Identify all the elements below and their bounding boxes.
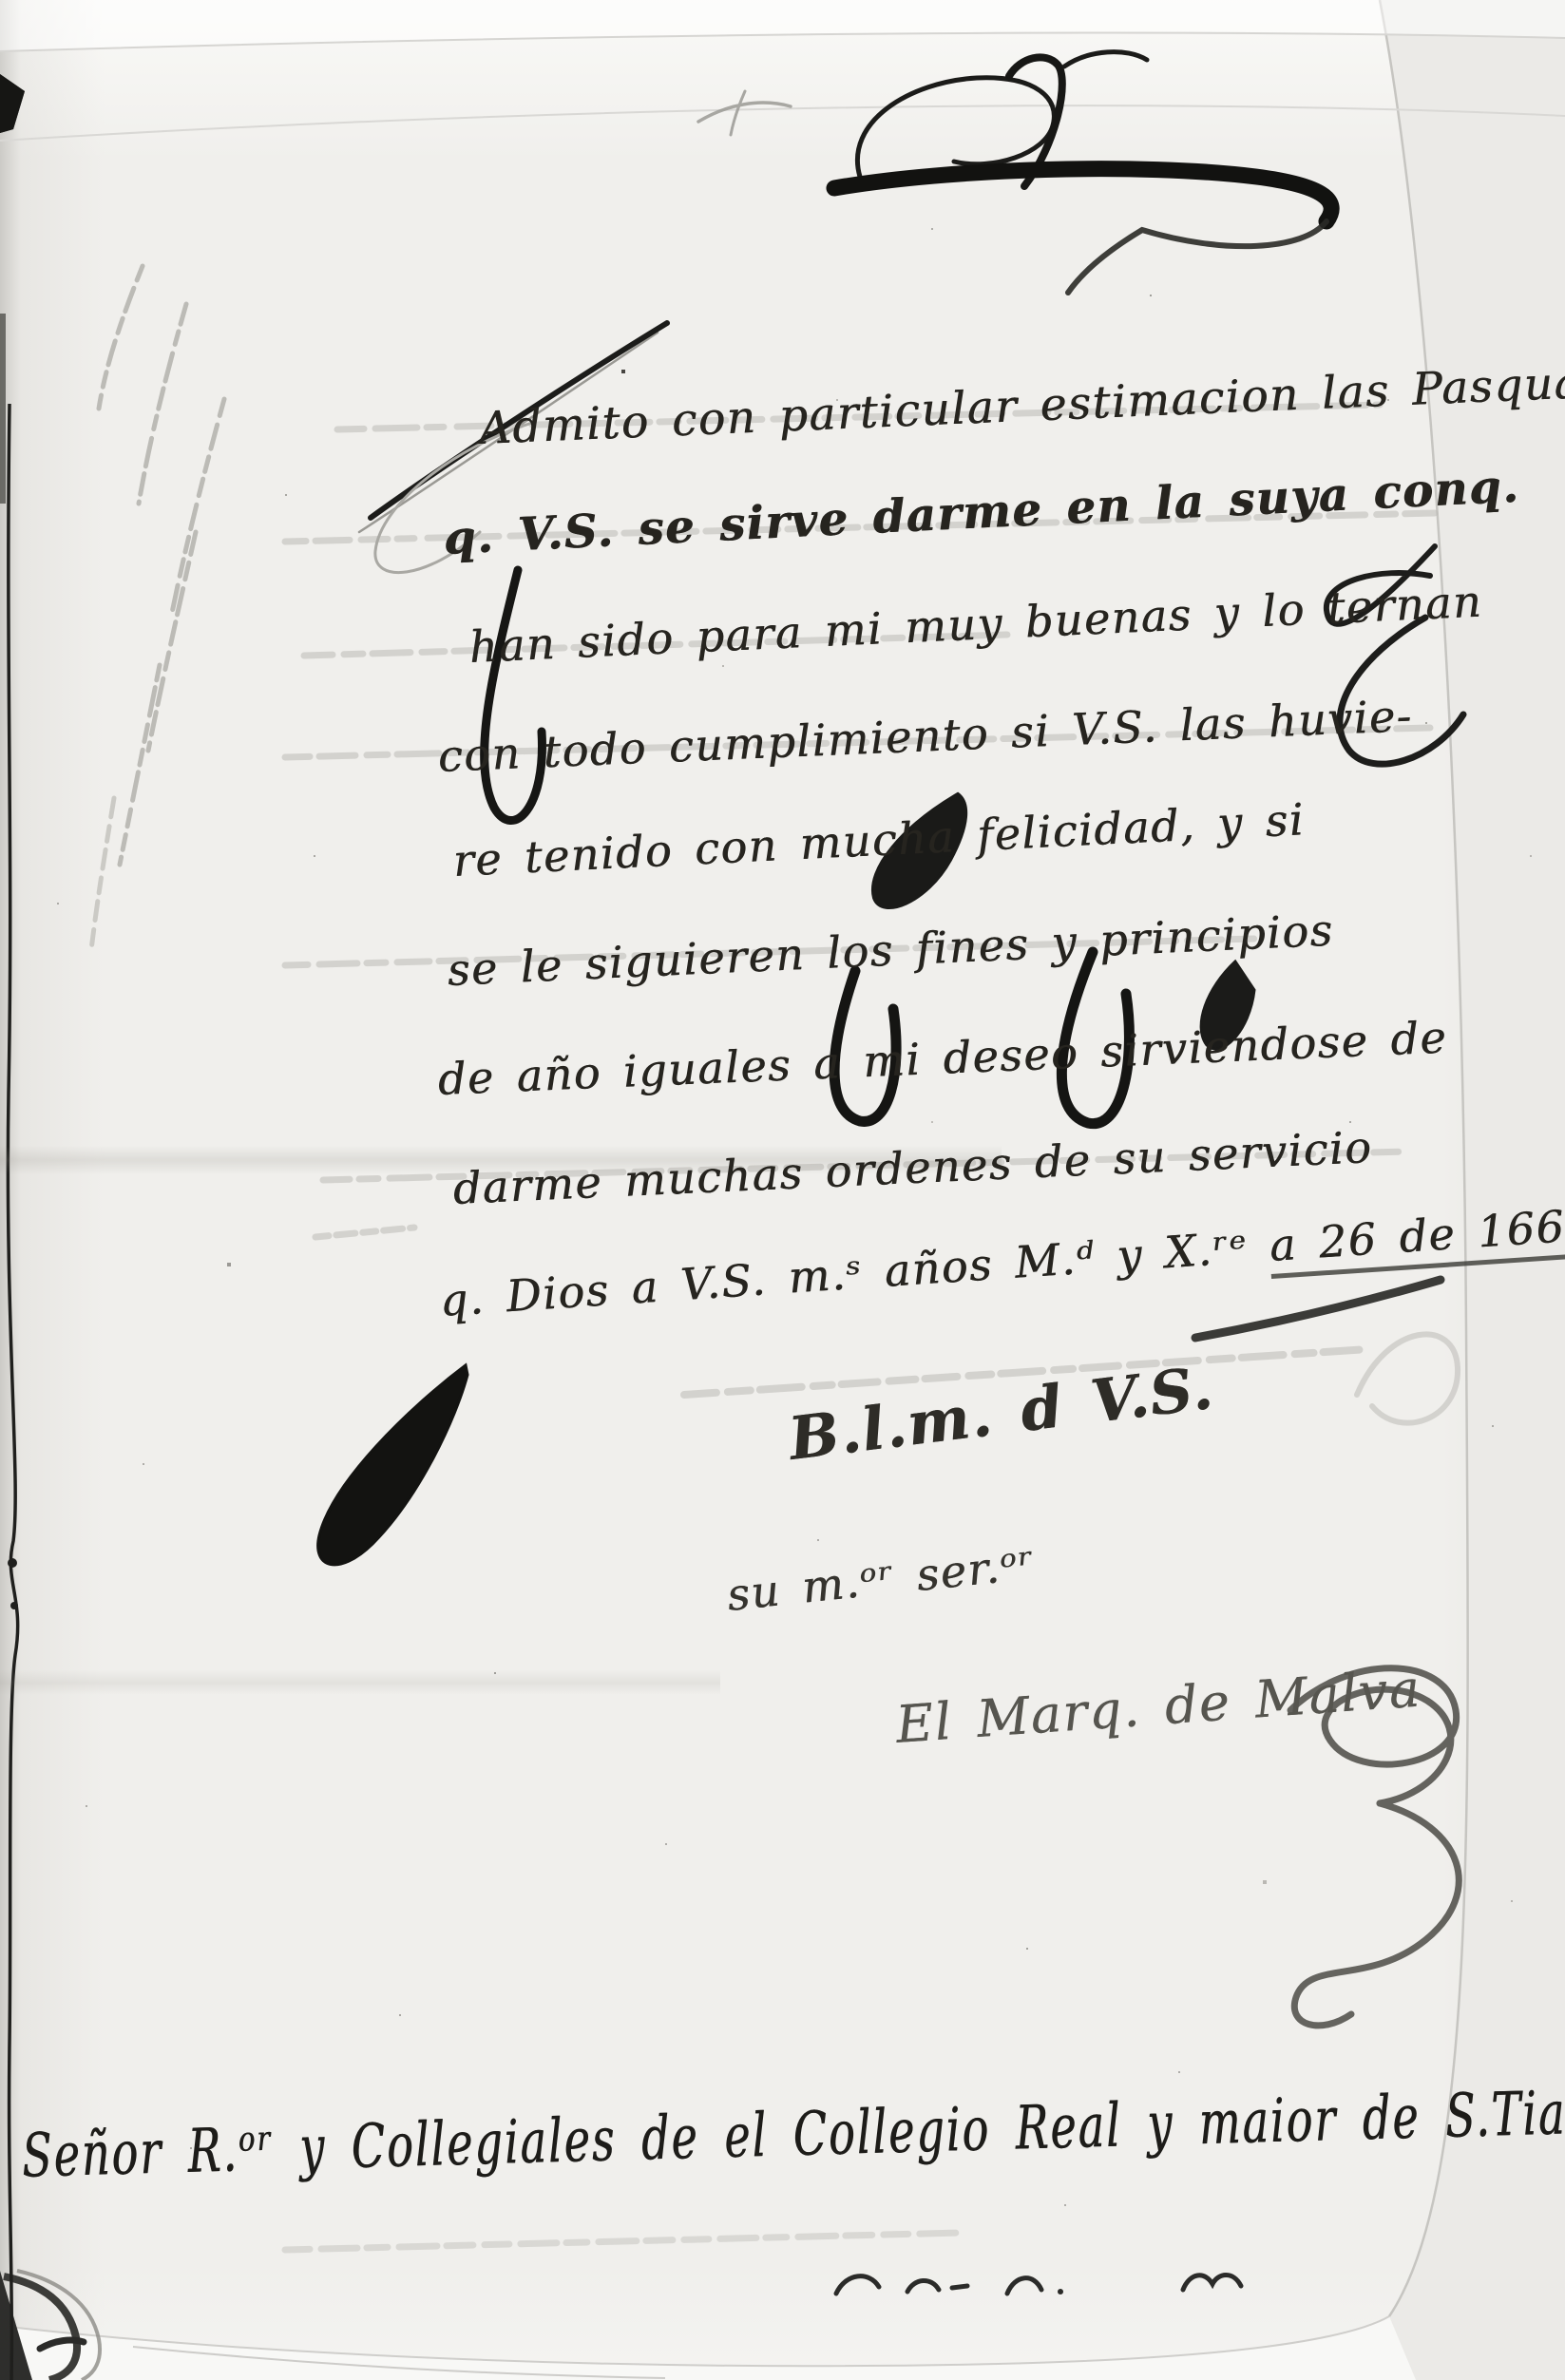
page-stack-top-line2	[0, 105, 1565, 141]
cutoff-line-fragments	[40, 2275, 1241, 2350]
binding-thread	[8, 404, 17, 2380]
invocation-cross-faint	[698, 91, 791, 135]
manuscript-page-scan: Admito con particular estimacion las Pas…	[0, 0, 1565, 2380]
left-edge-triangle-mark2	[0, 74, 25, 133]
page-edge-bottom-background	[0, 2316, 1416, 2380]
binding-knot	[8, 1558, 17, 1568]
page-edge-right-background	[1380, 0, 1565, 2380]
marginal-note-showthrough	[91, 266, 224, 950]
binding-knot2	[10, 1602, 18, 1609]
page-stack-top-fill	[0, 0, 1565, 51]
left-edge-smudge	[0, 314, 6, 504]
invocation-flourish	[834, 52, 1331, 293]
